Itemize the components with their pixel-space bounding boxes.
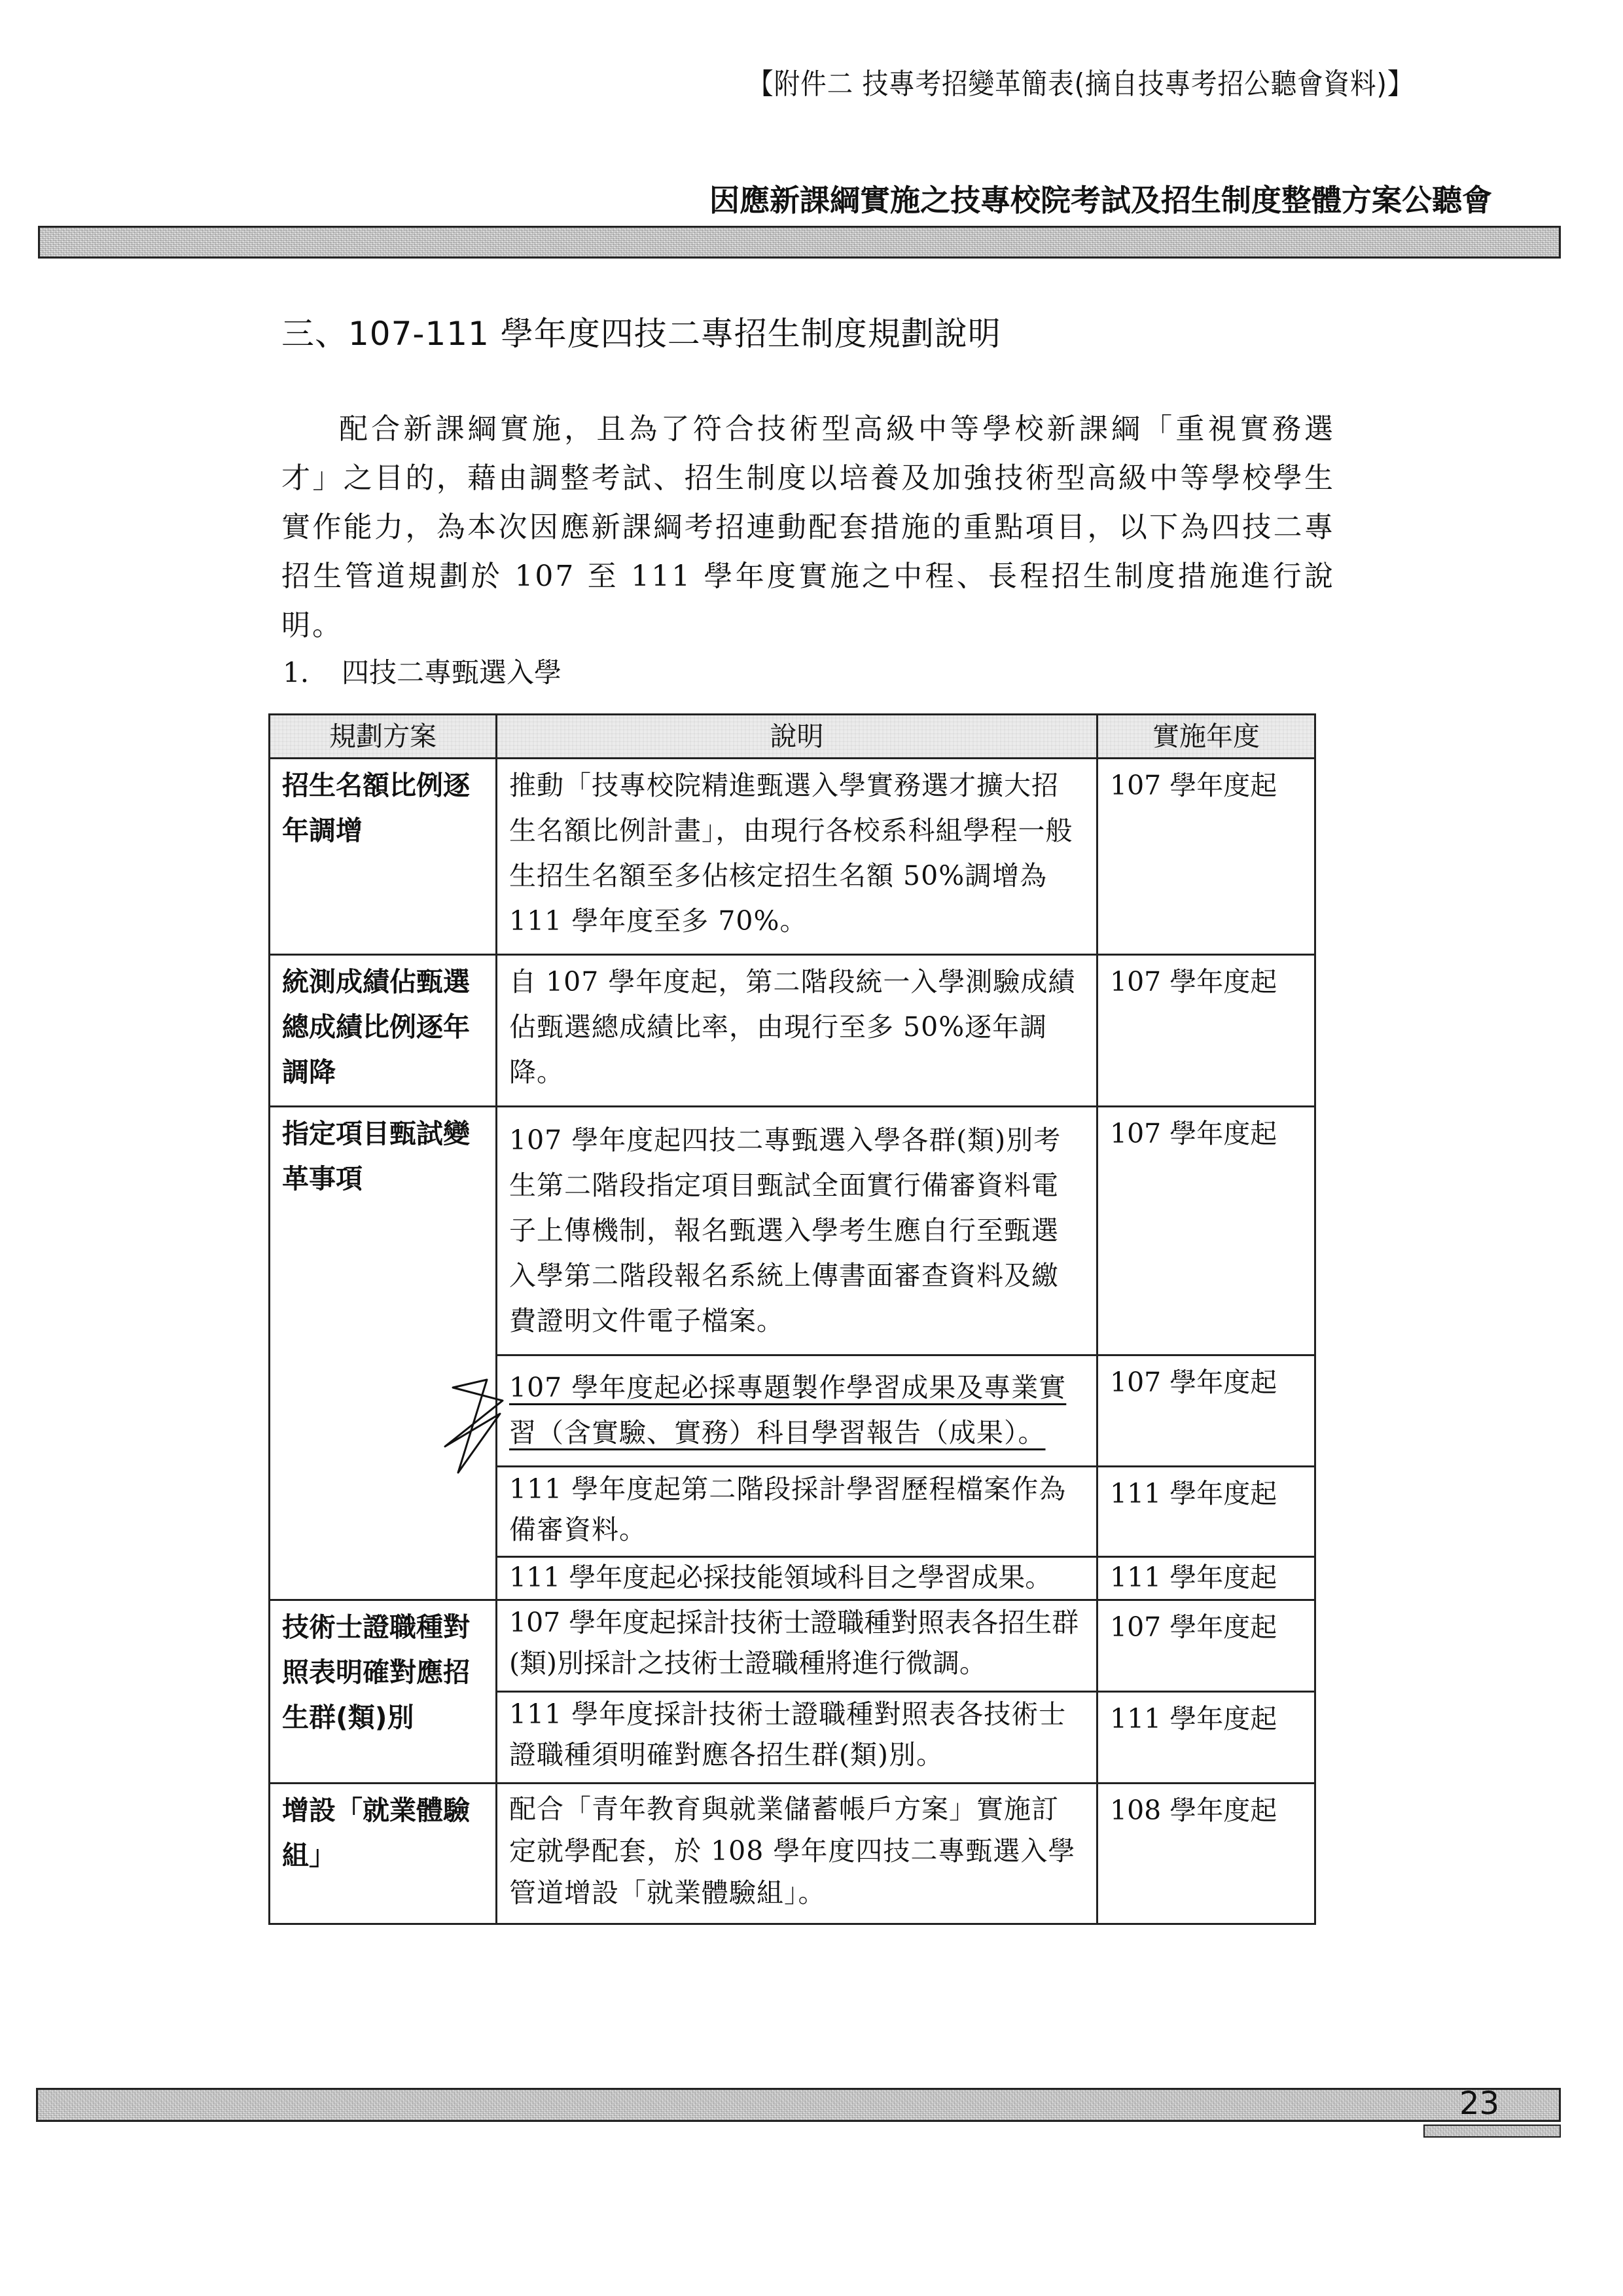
description-cell: 107 學年度起四技二專甄選入學各群(類)別考生第二階段指定項目甄試全面實行備審… (497, 1107, 1097, 1355)
subsection-label: 四技二專甄選入學 (342, 656, 562, 689)
year-cell: 107 學年度起 (1097, 955, 1315, 1107)
table-row: 統測成績佔甄選總成績比例逐年調降 自 107 學年度起，第二階段統一入學測驗成績… (270, 955, 1315, 1107)
table-header-row: 規劃方案 說明 實施年度 (270, 715, 1315, 759)
subsection-title: 1.四技二專甄選入學 (283, 651, 562, 691)
year-cell: 107 學年度起 (1097, 759, 1315, 955)
year-cell: 111 學年度起 (1097, 1557, 1315, 1600)
section-heading: 三、107-111 學年度四技二專招生制度規劃說明 (281, 308, 1001, 355)
table-row: 技術士證職種對照表明確對應招生群(類)別 107 學年度起採計技術士證職種對照表… (270, 1600, 1315, 1692)
description-cell: 配合「青年教育與就業儲蓄帳戶方案」實施訂定就學配套，於 108 學年度四技二專甄… (497, 1784, 1097, 1924)
table-row: 招生名額比例逐年調增 推動「技專校院精進甄選入學實務選才擴大招生名額比例計畫」，… (270, 759, 1315, 955)
year-cell: 107 學年度起 (1097, 1107, 1315, 1355)
year-cell: 108 學年度起 (1097, 1784, 1315, 1924)
attachment-title: 【附件二 技專考招變革簡表(摘自技專考招公聽會資料)】 (747, 60, 1414, 102)
footer-page-tab (1423, 2125, 1561, 2138)
hand-drawn-star-icon (440, 1374, 505, 1479)
description-cell: 111 學年度起必採技能領域科目之學習成果。 (497, 1557, 1097, 1600)
year-cell: 107 學年度起 (1097, 1355, 1315, 1467)
conference-title: 因應新課綱實施之技專校院考試及招生制度整體方案公聽會 (709, 177, 1492, 220)
plan-name-cell: 統測成績佔甄選總成績比例逐年調降 (270, 955, 497, 1107)
description-cell: 111 學年度起第二階段採計學習歷程檔案作為備審資料。 (497, 1467, 1097, 1557)
year-cell: 111 學年度起 (1097, 1692, 1315, 1784)
table-row: 增設「就業體驗組」 配合「青年教育與就業儲蓄帳戶方案」實施訂定就學配套，於 10… (270, 1784, 1315, 1924)
plan-name-cell: 技術士證職種對照表明確對應招生群(類)別 (270, 1600, 497, 1784)
plan-name-cell: 招生名額比例逐年調增 (270, 759, 497, 955)
table-row: 指定項目甄試變革事項 107 學年度起四技二專甄選入學各群(類)別考生第二階段指… (270, 1107, 1315, 1355)
plan-name-cell: 增設「就業體驗組」 (270, 1784, 497, 1924)
footer-divider-bar (36, 2088, 1561, 2122)
column-header-description: 說明 (497, 715, 1097, 759)
description-cell: 111 學年度採計技術士證職種對照表各技術士證職種須明確對應各招生群(類)別。 (497, 1692, 1097, 1784)
subsection-number: 1. (283, 656, 342, 689)
description-cell-annotated: 107 學年度起必採專題製作學習成果及專業實習（含實驗、實務）科目學習報告（成果… (497, 1355, 1097, 1467)
description-cell: 107 學年度起採計技術士證職種對照表各招生群(類)別採計之技術士證職種將進行微… (497, 1600, 1097, 1692)
header-divider-bar (38, 226, 1561, 259)
description-cell: 自 107 學年度起，第二階段統一入學測驗成績佔甄選總成績比率，由現行至多 50… (497, 955, 1097, 1107)
intro-paragraph: 配合新課綱實施，且為了符合技術型高級中等學校新課綱「重視實務選才」之目的，藉由調… (281, 404, 1335, 650)
page-number: 23 (1459, 2085, 1499, 2122)
year-cell: 107 學年度起 (1097, 1600, 1315, 1692)
plan-table: 規劃方案 說明 實施年度 招生名額比例逐年調增 推動「技專校院精進甄選入學實務選… (268, 713, 1316, 1925)
description-cell: 推動「技專校院精進甄選入學實務選才擴大招生名額比例計畫」，由現行各校系科組學程一… (497, 759, 1097, 955)
plan-name-cell: 指定項目甄試變革事項 (270, 1107, 497, 1600)
column-header-year: 實施年度 (1097, 715, 1315, 759)
year-cell: 111 學年度起 (1097, 1467, 1315, 1557)
column-header-plan: 規劃方案 (270, 715, 497, 759)
